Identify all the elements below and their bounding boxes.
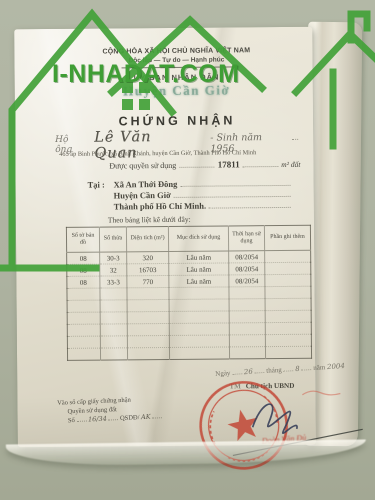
cell: 32 [100, 264, 127, 276]
col-header-notes: Phần ghi thêm [264, 225, 310, 250]
cell: 08 [67, 252, 100, 264]
cell: 08/2054 [229, 263, 265, 275]
col-header-area: Diện tích (m²) [126, 226, 168, 251]
cell: 770 [127, 275, 169, 287]
location-city: Thành phố Hồ Chí Minh. [114, 200, 294, 213]
location-city-text: Thành phố Hồ Chí Minh. [114, 201, 206, 212]
dotted-leader [180, 185, 290, 187]
cell: 33-3 [100, 276, 127, 288]
cell: Lâu năm [169, 251, 229, 264]
col-header-map-sheet: Số tờ bản đồ [66, 227, 99, 252]
date-label-day: Ngày [215, 369, 231, 378]
republic-header: CỘNG HÒA XÃ HỘI CHỦ NGHĨA VIỆT NAM [14, 47, 312, 57]
dotted-leader [292, 139, 298, 140]
cell: 08/2054 [229, 251, 265, 263]
cell [265, 250, 311, 262]
certificate-page: CỘNG HÒA XÃ HỘI CHỦ NGHĨA VIỆT NAM Độc l… [14, 27, 316, 448]
date-month-value: 8 [295, 365, 300, 373]
registry-number-value: 16/34 [88, 415, 107, 424]
certificate-title: CHỨNG NHẬN [15, 113, 313, 130]
photo-background: CỘNG HÒA XÃ HỘI CHỦ NGHĨA VIỆT NAM Độc l… [0, 0, 375, 500]
dotted-gap [232, 373, 242, 375]
cell: 16703 [127, 263, 169, 275]
dotted-leader [243, 166, 278, 167]
cell: Lâu năm [169, 275, 229, 288]
dotted-leader [179, 167, 214, 168]
cell: Lâu năm [169, 263, 229, 276]
registry-book-code: AK [141, 413, 151, 421]
dotted-leader [209, 207, 291, 209]
cell: 30-3 [100, 252, 127, 264]
col-header-use-purpose: Mục đích sử dụng [168, 226, 228, 252]
dotted-leader [174, 196, 291, 198]
dotted-gap [76, 421, 86, 422]
date-label-year: năm [313, 363, 326, 372]
registry-number-label: Số [68, 417, 75, 424]
col-header-use-term: Thời hạn sử dụng [228, 226, 264, 251]
table-header-row: Số tờ bản đồ Số thửa Diện tích (m²) Mục … [66, 225, 310, 252]
table-intro: Theo bảng liệt kê dưới đây: [108, 215, 191, 225]
dotted-gap [284, 370, 294, 372]
date-day-value: 26 [244, 368, 253, 377]
grant-line: Được quyền sử dụng 17811 m² đất [109, 159, 300, 171]
cell [265, 262, 311, 274]
location-commune-text: Xã An Thới Đông [113, 179, 177, 190]
dotted-gap [152, 417, 162, 418]
grant-area-unit: m² đất [281, 160, 300, 169]
watermark-site-text: I-NHADAT.COM [52, 60, 239, 89]
dotted-gap [108, 419, 118, 420]
cell: 08 [67, 276, 100, 288]
location-block: Xã An Thới Đông Huyện Cần Giờ Thành phố … [113, 178, 293, 213]
cell: 08 [67, 264, 100, 276]
cell: 08/2054 [229, 275, 265, 287]
table-empty-row [67, 346, 311, 360]
registry-block: Vào sổ cấp giấy chứng nhận Quyền sử dụng… [57, 394, 163, 426]
registry-book-label: QSDĐ/ [120, 414, 140, 422]
land-parcel-table: Số tờ bản đồ Số thửa Diện tích (m²) Mục … [66, 225, 312, 361]
cell [265, 274, 311, 286]
col-header-parcel-no: Số thửa [99, 227, 126, 252]
location-label: Tại : [87, 180, 104, 190]
date-year-value: 2004 [327, 362, 345, 371]
grant-area-value: 17811 [218, 159, 240, 169]
grant-label: Được quyền sử dụng [109, 161, 176, 171]
cell: 320 [127, 251, 169, 263]
dotted-gap [302, 369, 312, 371]
location-district-text: Huyện Cần Giờ [114, 190, 171, 200]
